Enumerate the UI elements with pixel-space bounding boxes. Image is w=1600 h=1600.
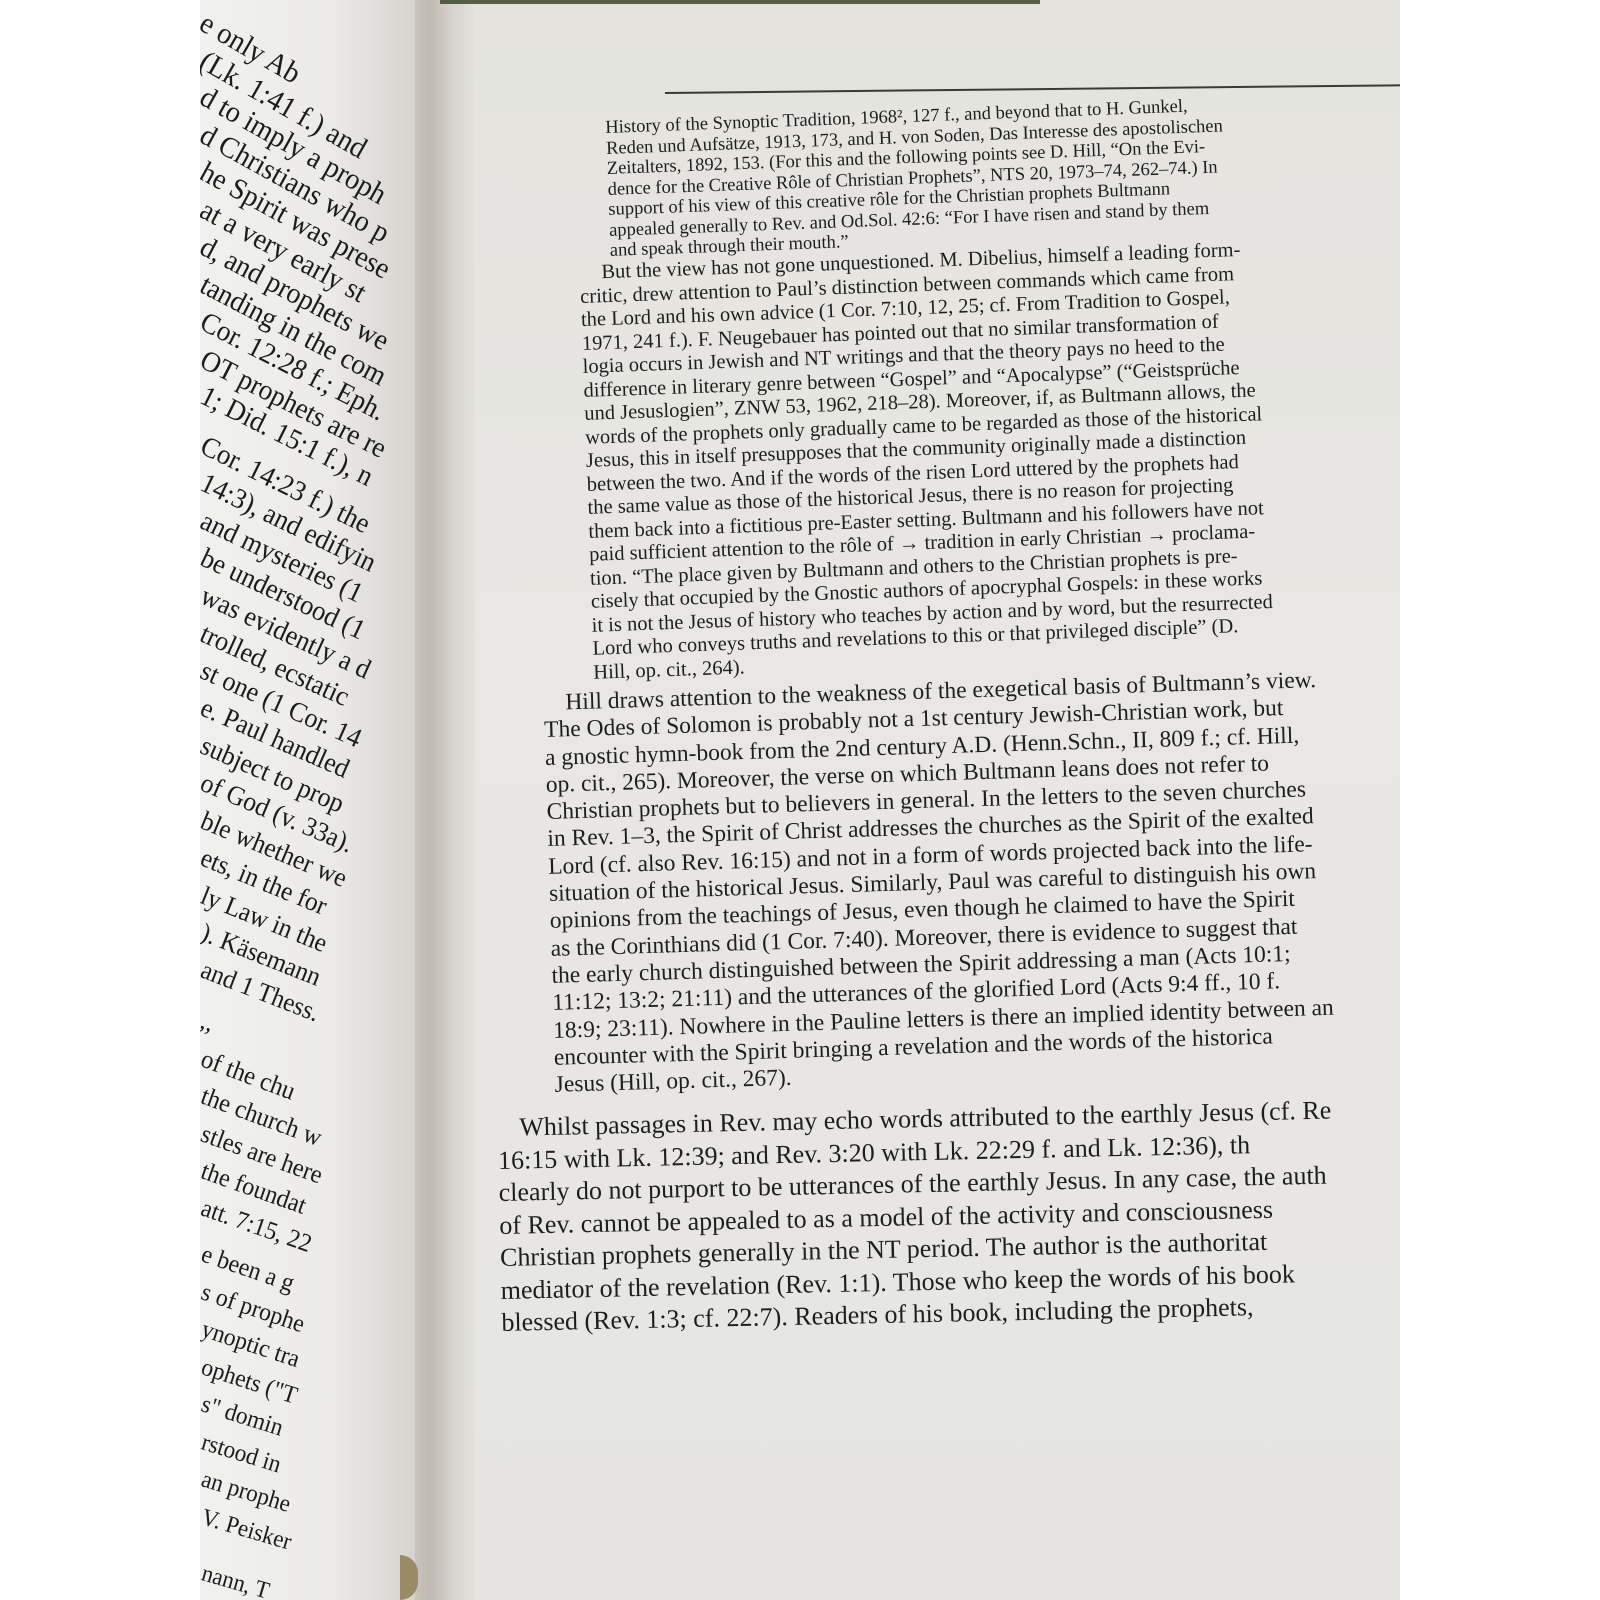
paragraph-1: History of the Synoptic Tradition, 1968²… (605, 95, 1227, 261)
paragraph-2: But the view has not gone unquestioned. … (579, 238, 1275, 685)
right-page: Prophet History of the Synoptic Traditio… (455, 0, 1400, 1600)
left-page-curl: e only Ab(Lk. 1:41 f.) andd to imply a p… (200, 0, 415, 1600)
header-rule (665, 83, 1400, 94)
left-page-text-fragment: nann, T (200, 1561, 272, 1600)
paragraph-3: Hill draws attention to the weakness of … (543, 667, 1336, 1099)
left-page-text-fragment: ,, (200, 1006, 219, 1038)
book-photo: Prophet History of the Synoptic Traditio… (200, 0, 1400, 1600)
book-gutter (405, 0, 475, 1600)
paragraph-4: Whilst passages in Rev. may echo words a… (497, 1095, 1336, 1340)
background-strip (440, 0, 1040, 4)
